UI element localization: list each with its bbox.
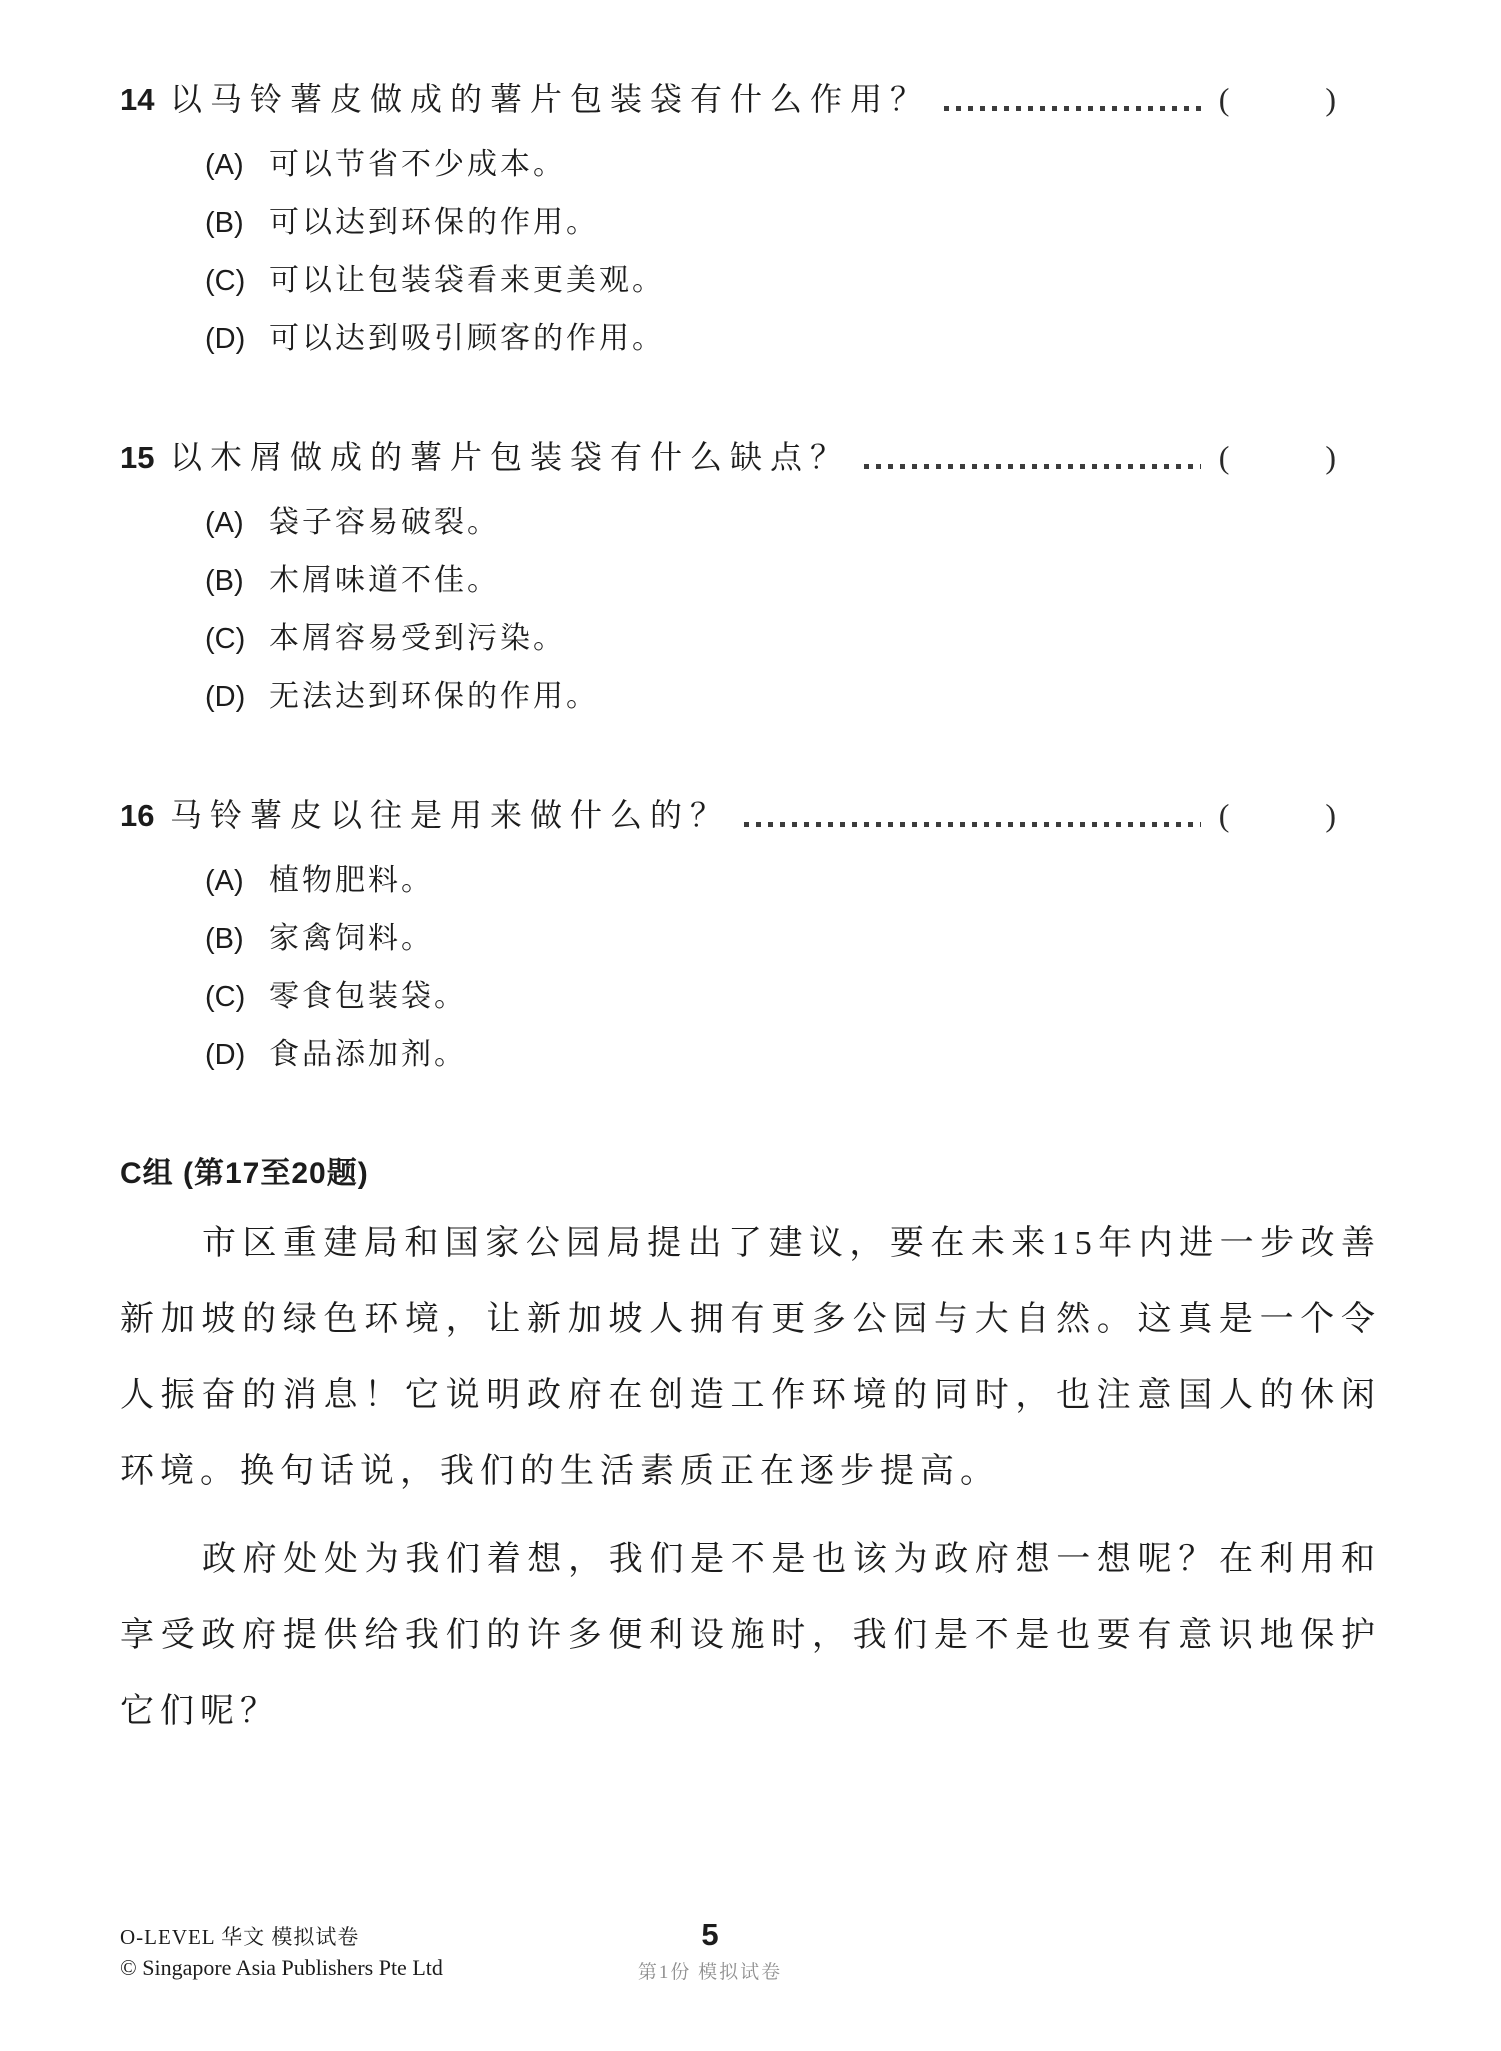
question-number: 15	[120, 440, 170, 476]
option-text: 袋子容易破裂。	[269, 504, 500, 542]
answer-bracket: ()	[1219, 439, 1336, 476]
option-row: (A) 植物肥料。	[205, 862, 1381, 900]
close-paren: )	[1325, 797, 1336, 833]
open-paren: (	[1219, 797, 1230, 833]
page-footer: O-LEVEL 华文 模拟试卷 © Singapore Asia Publish…	[120, 1921, 1381, 1987]
question-line: 15 以木屑做成的薯片包装袋有什么缺点？ ()	[120, 432, 1381, 478]
option-row: (A) 袋子容易破裂。	[205, 504, 1381, 542]
dotted-leader	[864, 464, 1201, 469]
question-block: 14 以马铃薯皮做成的薯片包装袋有什么作用？ () (A) 可以节省不少成本。 …	[120, 74, 1381, 358]
question-number: 16	[120, 798, 170, 834]
footer-center-block: 5 第1份 模拟试卷	[590, 1917, 830, 1984]
open-paren: (	[1219, 81, 1230, 117]
question-block: 15 以木屑做成的薯片包装袋有什么缺点？ () (A) 袋子容易破裂。 (B) …	[120, 432, 1381, 716]
section-heading: C组 (第17至20题)	[120, 1148, 1381, 1192]
option-text: 可以达到环保的作用。	[269, 204, 599, 242]
option-text: 木屑味道不佳。	[269, 562, 500, 600]
question-text: 以木屑做成的薯片包装袋有什么缺点？	[170, 432, 850, 478]
option-label: (C)	[205, 978, 269, 1016]
question-line: 14 以马铃薯皮做成的薯片包装袋有什么作用？ ()	[120, 74, 1381, 120]
dotted-leader	[944, 106, 1201, 111]
answer-bracket: ()	[1219, 81, 1336, 118]
option-text: 可以达到吸引顾客的作用。	[269, 320, 665, 358]
option-row: (B) 家禽饲料。	[205, 920, 1381, 958]
footer-caption: 第1份 模拟试卷	[590, 1957, 830, 1984]
options-list: (A) 袋子容易破裂。 (B) 木屑味道不佳。 (C) 本屑容易受到污染。 (D…	[205, 504, 1381, 716]
option-label: (A)	[205, 862, 269, 900]
option-row: (D) 食品添加剂。	[205, 1036, 1381, 1074]
option-label: (A)	[205, 504, 269, 542]
options-list: (A) 植物肥料。 (B) 家禽饲料。 (C) 零食包装袋。 (D) 食品添加剂…	[205, 862, 1381, 1074]
option-text: 可以节省不少成本。	[269, 146, 566, 184]
open-paren: (	[1219, 439, 1230, 475]
option-row: (B) 可以达到环保的作用。	[205, 204, 1381, 242]
option-text: 家禽饲料。	[269, 920, 434, 958]
option-row: (C) 本屑容易受到污染。	[205, 620, 1381, 658]
option-label: (B)	[205, 204, 269, 242]
question-block: 16 马铃薯皮以往是用来做什么的？ () (A) 植物肥料。 (B) 家禽饲料。…	[120, 790, 1381, 1074]
options-list: (A) 可以节省不少成本。 (B) 可以达到环保的作用。 (C) 可以让包装袋看…	[205, 146, 1381, 358]
option-label: (B)	[205, 562, 269, 600]
option-label: (C)	[205, 262, 269, 300]
dotted-leader	[744, 822, 1201, 827]
answer-bracket: ()	[1219, 797, 1336, 834]
option-row: (A) 可以节省不少成本。	[205, 146, 1381, 184]
option-text: 本屑容易受到污染。	[269, 620, 566, 658]
question-line: 16 马铃薯皮以往是用来做什么的？ ()	[120, 790, 1381, 836]
exam-page: 14 以马铃薯皮做成的薯片包装袋有什么作用？ () (A) 可以节省不少成本。 …	[0, 0, 1501, 2051]
option-row: (D) 可以达到吸引顾客的作用。	[205, 320, 1381, 358]
option-text: 无法达到环保的作用。	[269, 678, 599, 716]
option-text: 植物肥料。	[269, 862, 434, 900]
option-row: (B) 木屑味道不佳。	[205, 562, 1381, 600]
option-label: (D)	[205, 678, 269, 716]
option-text: 零食包装袋。	[269, 978, 467, 1016]
option-label: (A)	[205, 146, 269, 184]
option-row: (C) 可以让包装袋看来更美观。	[205, 262, 1381, 300]
footer-left-block: O-LEVEL 华文 模拟试卷 © Singapore Asia Publish…	[120, 1921, 443, 1981]
footer-series-title: O-LEVEL 华文 模拟试卷	[120, 1921, 443, 1951]
question-number: 14	[120, 82, 170, 118]
question-text: 马铃薯皮以往是用来做什么的？	[170, 790, 730, 836]
passage-paragraph: 政府处处为我们着想，我们是不是也该为政府想一想呢？在利用和享受政府提供给我们的许…	[120, 1522, 1381, 1750]
option-label: (D)	[205, 320, 269, 358]
footer-copyright: © Singapore Asia Publishers Pte Ltd	[120, 1955, 443, 1981]
option-row: (D) 无法达到环保的作用。	[205, 678, 1381, 716]
option-label: (B)	[205, 920, 269, 958]
option-text: 可以让包装袋看来更美观。	[269, 262, 665, 300]
page-number: 5	[590, 1917, 830, 1953]
close-paren: )	[1325, 439, 1336, 475]
passage-paragraph: 市区重建局和国家公园局提出了建议，要在未来15年内进一步改善新加坡的绿色环境，让…	[120, 1206, 1381, 1510]
option-label: (C)	[205, 620, 269, 658]
option-row: (C) 零食包装袋。	[205, 978, 1381, 1016]
question-text: 以马铃薯皮做成的薯片包装袋有什么作用？	[170, 74, 930, 120]
option-label: (D)	[205, 1036, 269, 1074]
close-paren: )	[1325, 81, 1336, 117]
option-text: 食品添加剂。	[269, 1036, 467, 1074]
